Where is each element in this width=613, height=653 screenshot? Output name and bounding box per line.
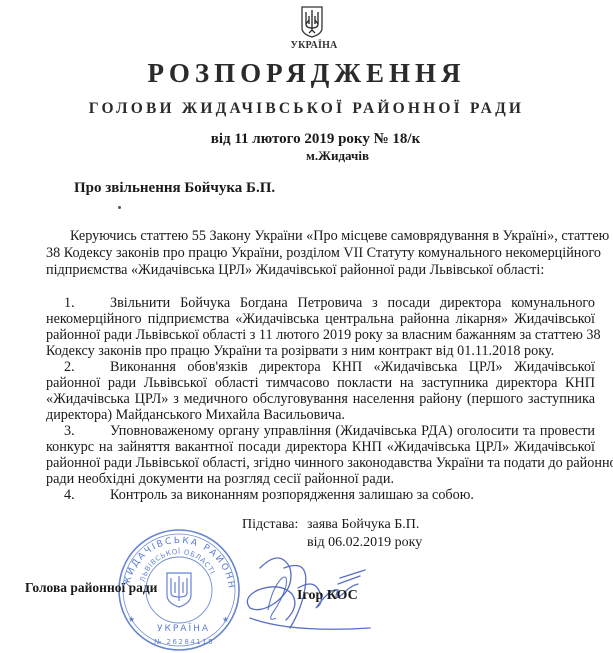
item-line: районної ради Львівської області, згідно…	[46, 455, 595, 472]
item-number: 2.	[64, 359, 75, 376]
item-number: 1.	[64, 295, 75, 312]
item-line: Звільнити Бойчука Богдана Петровича з по…	[110, 295, 595, 312]
svg-text:УКРАЇНА: УКРАЇНА	[157, 623, 210, 634]
document-place: м.Жидачів	[0, 148, 613, 164]
item-line: директора) Майданського Михайла Васильов…	[46, 407, 345, 424]
preamble-line: підприємства «Жидачівська ЦРЛ» Жидачівсь…	[46, 262, 526, 279]
item-number: 3.	[64, 423, 75, 440]
item-line: районної ради Львівської області з 11 лю…	[46, 327, 595, 344]
item-line: Уповноваженому органу управління (Жидачі…	[110, 423, 595, 440]
item-line: Виконання обов'язків директора КНП «Жида…	[110, 359, 595, 376]
item-line: Контроль за виконанням розпорядження зал…	[110, 487, 474, 504]
item-number: 4.	[64, 487, 75, 504]
signatory-position: Голова районної ради	[25, 580, 157, 596]
svg-text:★: ★	[128, 615, 135, 624]
item-line: «Жидачівська ЦРЛ» з медичного обслуговув…	[46, 391, 595, 408]
item-line: некомерційного підприємства «Жидачівська…	[46, 311, 595, 328]
signatory-name: Ігор КОС	[297, 588, 358, 604]
svg-text:№ 26284115: № 26284115	[154, 638, 214, 646]
item-line: ради необхідні документи на розгляд сесі…	[46, 471, 394, 488]
basis-label: Підстава:	[242, 517, 298, 533]
stray-dot	[118, 206, 121, 209]
document-date-number: від 11 лютого 2019 року № 18/к	[0, 131, 613, 148]
document-title: РОЗПОРЯДЖЕННЯ	[0, 58, 613, 89]
item-line: Кодексу законів про працю України та роз…	[46, 343, 554, 360]
document-subject: Про звільнення Бойчука Б.П.	[74, 180, 275, 197]
trident-coat-of-arms-icon	[300, 6, 324, 38]
basis-text: заява Бойчука Б.П.	[307, 517, 419, 533]
document-subtitle: ГОЛОВИ ЖИДАЧІВСЬКОЇ РАЙОННОЇ РАДИ	[0, 100, 613, 118]
item-line: районної ради Львівської області тимчасо…	[46, 375, 595, 392]
preamble-line: Керуючись статтею 55 Закону України «Про…	[70, 228, 595, 245]
item-line: конкурс на зайняття вакантної посади дир…	[46, 439, 595, 456]
preamble-line: 38 Кодексу законів про працю України, ро…	[46, 245, 595, 262]
emblem-label: УКРАЇНА	[284, 40, 344, 51]
